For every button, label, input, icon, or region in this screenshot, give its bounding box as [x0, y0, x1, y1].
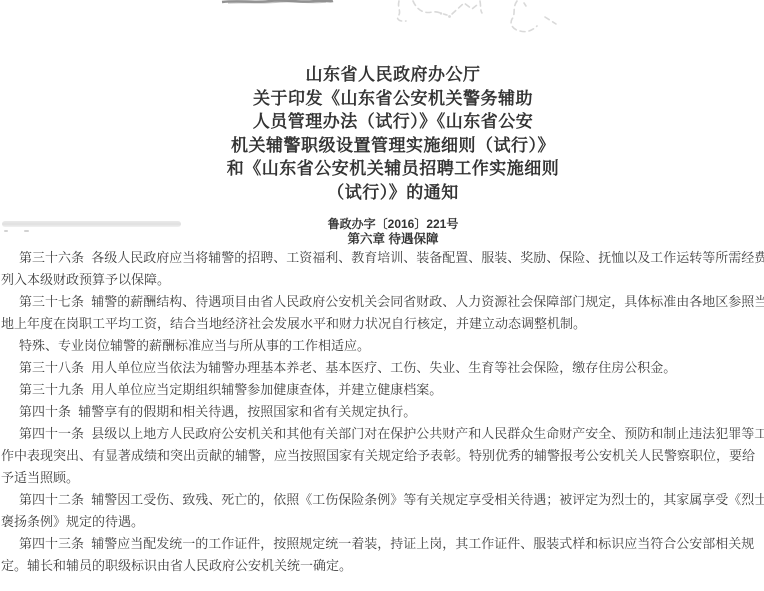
- document-page: 山东省人民政府办公厅关于印发《山东省公安机关警务辅助人员管理办法（试行）》《山东…: [0, 0, 764, 591]
- body-line: 特殊、专业岗位辅警的薪酬标准应当与所从事的工作相适应。: [0, 335, 764, 357]
- top-smudge: [222, 0, 333, 2]
- body-line: 第三十九条 用人单位应当定期组织辅警参加健康查体，并建立健康档案。: [0, 379, 764, 401]
- gray-speck: [4, 230, 8, 232]
- body-line: 地上年度在岗职工平均工资，结合当地经济社会发展水平和财力状况自行核定，并建立动态…: [0, 313, 764, 335]
- title-line: （试行）》的通知: [11, 181, 764, 205]
- title-line: 机关辅警职级设置管理实施细则（试行）》: [11, 134, 764, 158]
- body-line: 列入本级财政预算予以保障。: [0, 269, 764, 291]
- body-line: 褒扬条例》规定的待遇。: [0, 511, 764, 533]
- chapter-heading: 第六章 待遇保障: [11, 231, 764, 247]
- body-line: 第四十二条 辅警因工受伤、致残、死亡的，依照《工伤保险条例》等有关规定享受相关待…: [0, 489, 764, 511]
- title-line: 和《山东省公安机关辅员招聘工作实施细则: [11, 157, 764, 181]
- body-line: 第四十条 辅警享有的假期和相关待遇，按照国家和省有关规定执行。: [0, 401, 764, 423]
- body-line: 第三十六条 各级人民政府应当将辅警的招聘、工资福利、教育培训、装备配置、服装、奖…: [0, 247, 764, 269]
- document-title: 山东省人民政府办公厅关于印发《山东省公安机关警务辅助人员管理办法（试行）》《山东…: [11, 63, 764, 204]
- document-body: 第三十六条 各级人民政府应当将辅警的招聘、工资福利、教育培训、装备配置、服装、奖…: [0, 247, 764, 577]
- body-line: 第四十一条 县级以上地方人民政府公安机关和其他有关部门对在保护公共财产和人民群众…: [0, 423, 764, 445]
- title-line: 关于印发《山东省公安机关警务辅助: [11, 87, 764, 111]
- map-outline-watermark: [0, 0, 764, 42]
- left-gray-bar: [2, 221, 181, 227]
- body-line: 予适当照顾。: [0, 467, 764, 489]
- body-line: 第四十三条 辅警应当配发统一的工作证件，按照规定统一着装，持证上岗，其工作证件、…: [0, 533, 764, 555]
- title-line: 人员管理办法（试行）》《山东省公安: [11, 110, 764, 134]
- title-line: 山东省人民政府办公厅: [11, 63, 764, 87]
- body-line: 第三十七条 辅警的薪酬结构、待遇项目由省人民政府公安机关会同省财政、人力资源社会…: [0, 291, 764, 313]
- body-line: 作中表现突出、有显著成绩和突出贡献的辅警，应当按照国家有关规定给予表彰。特别优秀…: [0, 445, 764, 467]
- body-line: 第三十八条 用人单位应当依法为辅警办理基本养老、基本医疗、工伤、失业、生育等社会…: [0, 357, 764, 379]
- body-line: 定。辅长和辅员的职级标识由省人民政府公安机关统一确定。: [0, 555, 764, 577]
- gray-speck: [24, 230, 29, 232]
